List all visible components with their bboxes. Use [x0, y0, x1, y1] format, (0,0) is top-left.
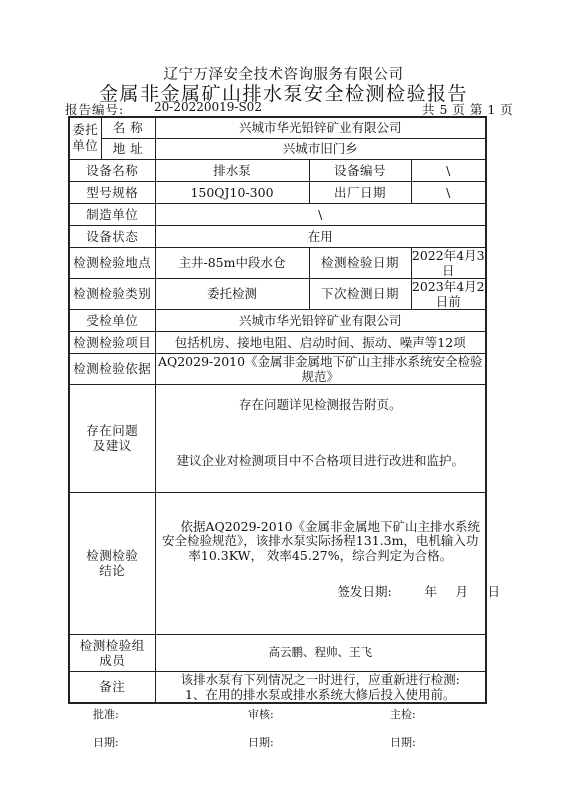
manufacturer-row: 制造单位 \ — [69, 203, 486, 225]
issue-day: 日 — [488, 584, 501, 599]
next-date-label: 下次检测日期 — [309, 278, 411, 309]
model-label: 型号规格 — [69, 181, 155, 203]
factory-date-value: \ — [411, 181, 486, 203]
conclusion-text: 依据AQ2029-2010《金属非金属地下矿山主排水系统安全检验规范》，该排水泵… — [159, 520, 483, 564]
team-value: 高云鹏、程帅、王飞 — [155, 634, 486, 671]
next-date-value: 2023年4月2日前 — [411, 278, 486, 309]
remarks-row: 备注 该排水泵有下列情况之一时进行，应重新进行检测: 1、在用的排水泵或排水系统… — [69, 671, 486, 703]
location-value: 主井-85m中段水仓 — [155, 247, 309, 278]
inspected-unit-label: 受检单位 — [69, 309, 155, 331]
client-name-row: 委托单位 名 称 兴城市华光铅锌矿业有限公司 — [69, 117, 486, 138]
issues-row: 存在问题 及建议 存在问题详见检测报告附页。 建议企业对检测项目中不合格项目进行… — [69, 384, 486, 492]
model-row: 型号规格 150QJ10-300 出厂日期 \ — [69, 181, 486, 203]
status-row: 设备状态 在用 — [69, 225, 486, 247]
report-number-line: 报告编号: 20-20220019-S02 共 5 页 第 1 页 — [65, 100, 485, 116]
team-label-line1: 检测检验组 — [70, 638, 155, 653]
issues-label-line2: 及建议 — [70, 438, 155, 453]
issues-text2: 建议企业对检测项目中不合格项目进行改进和监护。 — [159, 453, 483, 468]
team-row: 检测检验组 成员 高云鹏、程帅、王飞 — [69, 634, 486, 671]
basis-row: 检测检验依据 AQ2029-2010《金属非金属地下矿山主排水系统安全检验规范》 — [69, 353, 486, 384]
factory-date-label: 出厂日期 — [309, 181, 411, 203]
items-value: 包括机房、接地电阻、启动时间、振动、噪声等12项 — [155, 331, 486, 353]
issue-month: 月 — [456, 584, 469, 599]
inspection-date-label: 检测检验日期 — [309, 247, 411, 278]
client-name-value: 兴城市华光铅锌矿业有限公司 — [155, 117, 486, 138]
issue-date-line: 签发日期: 年 月 日 — [159, 584, 483, 599]
category-value: 委托检测 — [155, 278, 309, 309]
issues-text1: 存在问题详见检测报告附页。 — [159, 397, 483, 412]
conclusion-content: 依据AQ2029-2010《金属非金属地下矿山主排水系统安全检验规范》，该排水泵… — [155, 492, 486, 634]
approve-date-label: 日期: — [93, 734, 119, 750]
chief-date-label: 日期: — [390, 734, 416, 750]
manufacturer-value: \ — [155, 203, 486, 225]
chief-inspector-label: 主检: — [390, 706, 416, 722]
remarks-content: 该排水泵有下列情况之一时进行，应重新进行检测: 1、在用的排水泵或排水系统大修后… — [155, 671, 486, 703]
equipment-no-label: 设备编号 — [309, 159, 411, 181]
equipment-no-value: \ — [411, 159, 486, 181]
items-row: 检测检验项目 包括机房、接地电阻、启动时间、振动、噪声等12项 — [69, 331, 486, 353]
equipment-row: 设备名称 排水泵 设备编号 \ — [69, 159, 486, 181]
conclusion-row: 检测检验 结论 依据AQ2029-2010《金属非金属地下矿山主排水系统安全检验… — [69, 492, 486, 634]
status-value: 在用 — [155, 225, 486, 247]
client-address-row: 地 址 兴城市旧门乡 — [69, 138, 486, 159]
category-label: 检测检验类别 — [69, 278, 155, 309]
remarks-line2: 1、在用的排水泵或排水系统大修后投入使用前。 — [159, 687, 483, 702]
status-label: 设备状态 — [69, 225, 155, 247]
issues-label-line1: 存在问题 — [70, 423, 155, 438]
remarks-label: 备注 — [69, 671, 155, 703]
category-row: 检测检验类别 委托检测 下次检测日期 2023年4月2日前 — [69, 278, 486, 309]
report-table: 委托单位 名 称 兴城市华光铅锌矿业有限公司 地 址 兴城市旧门乡 设备名称 排… — [68, 116, 487, 704]
inspected-unit-row: 受检单位 兴城市华光铅锌矿业有限公司 — [69, 309, 486, 331]
equipment-name-value: 排水泵 — [155, 159, 309, 181]
client-address-label: 地 址 — [101, 138, 155, 159]
location-row: 检测检验地点 主井-85m中段水仓 检测检验日期 2022年4月3日 — [69, 247, 486, 278]
review-label: 审核: — [248, 706, 274, 722]
equipment-name-label: 设备名称 — [69, 159, 155, 181]
model-value: 150QJ10-300 — [155, 181, 309, 203]
approve-label: 批准: — [93, 706, 119, 722]
review-date-label: 日期: — [248, 734, 274, 750]
conclusion-label-line1: 检测检验 — [70, 548, 155, 563]
items-label: 检测检验项目 — [69, 331, 155, 353]
report-number: 20-20220019-S02 — [154, 100, 262, 114]
conclusion-label-line2: 结论 — [70, 563, 155, 578]
issues-content: 存在问题详见检测报告附页。 建议企业对检测项目中不合格项目进行改进和监护。 — [155, 384, 486, 492]
client-name-label: 名 称 — [101, 117, 155, 138]
team-label: 检测检验组 成员 — [69, 634, 155, 671]
basis-label: 检测检验依据 — [69, 353, 155, 384]
issues-label: 存在问题 及建议 — [69, 384, 155, 492]
location-label: 检测检验地点 — [69, 247, 155, 278]
issue-date-label: 签发日期: — [338, 584, 392, 599]
inspected-unit-value: 兴城市华光铅锌矿业有限公司 — [155, 309, 486, 331]
conclusion-label: 检测检验 结论 — [69, 492, 155, 634]
manufacturer-label: 制造单位 — [69, 203, 155, 225]
remarks-line1: 该排水泵有下列情况之一时进行，应重新进行检测: — [159, 672, 483, 687]
inspection-date-value: 2022年4月3日 — [411, 247, 486, 278]
team-label-line2: 成员 — [70, 653, 155, 668]
client-group-label: 委托单位 — [69, 117, 101, 159]
issue-year: 年 — [425, 584, 438, 599]
basis-value: AQ2029-2010《金属非金属地下矿山主排水系统安全检验规范》 — [155, 353, 486, 384]
client-address-value: 兴城市旧门乡 — [155, 138, 486, 159]
